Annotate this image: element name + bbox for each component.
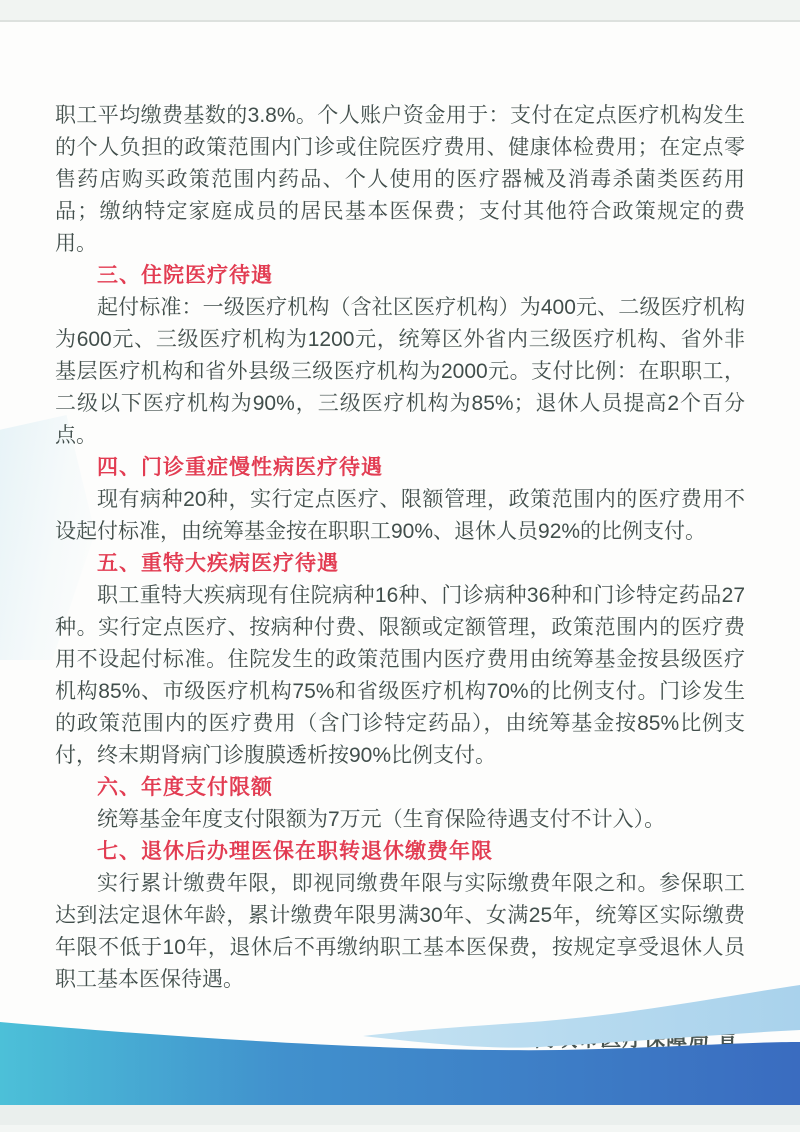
section-heading-5-major-disease-benefits: 五、重特大疾病医疗待遇 (55, 548, 745, 580)
section-heading-6-annual-payment-limit: 六、年度支付限额 (55, 772, 745, 804)
publisher-signature: 三门峡市医疗保障局 宣 (55, 1024, 745, 1056)
intro-paragraph: 职工平均缴费基数的3.8%。个人账户资金用于：支付在定点医疗机构发生的个人负担的… (55, 100, 745, 260)
section-heading-7-retirement-payment-years: 七、退休后办理医保在职转退休缴费年限 (55, 836, 745, 868)
footer-bottom-strip (0, 1105, 800, 1132)
document-page: 职工平均缴费基数的3.8%。个人账户资金用于：支付在定点医疗机构发生的个人负担的… (0, 0, 800, 1132)
scan-top-edge (0, 0, 800, 22)
section-paragraph-7: 实行累计缴费年限，即视同缴费年限与实际缴费年限之和。参保职工达到法定退休年龄，累… (55, 868, 745, 996)
section-paragraph-5: 职工重特大疾病现有住院病种16种、门诊病种36种和门诊特定药品27种。实行定点医… (55, 580, 745, 772)
section-paragraph-3: 起付标准：一级医疗机构（含社区医疗机构）为400元、二级医疗机构为600元、三级… (55, 292, 745, 452)
section-paragraph-4: 现有病种20种，实行定点医疗、限额管理，政策范围内的医疗费用不设起付标准，由统筹… (55, 484, 745, 548)
section-heading-4-outpatient-chronic-disease-benefits: 四、门诊重症慢性病医疗待遇 (55, 452, 745, 484)
section-heading-3-hospitalization-benefits: 三、住院医疗待遇 (55, 260, 745, 292)
document-body: 职工平均缴费基数的3.8%。个人账户资金用于：支付在定点医疗机构发生的个人负担的… (55, 100, 745, 1056)
section-paragraph-6: 统筹基金年度支付限额为7万元（生育保险待遇支付不计入）。 (55, 804, 745, 836)
